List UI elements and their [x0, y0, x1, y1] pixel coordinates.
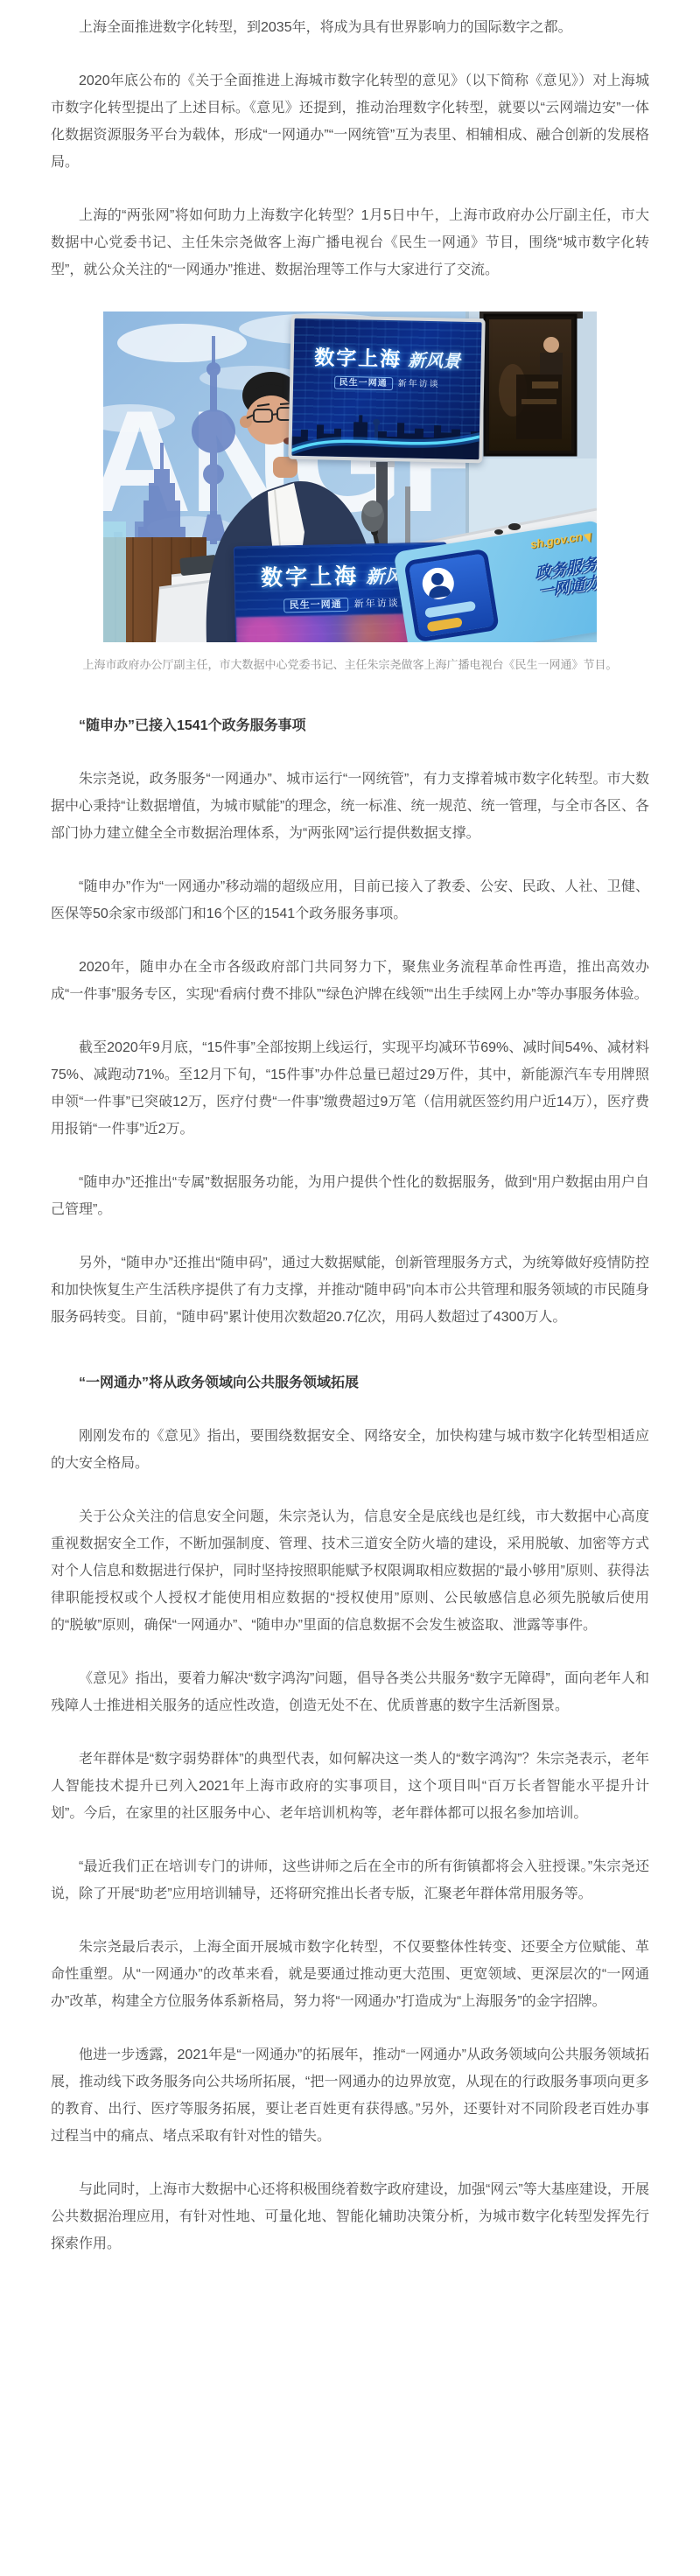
- section2-paragraph-2: 关于公众关注的信息安全问题，朱宗尧认为，信息安全是底线也是红线，市大数据中心高度…: [51, 1503, 649, 1639]
- section2-paragraph-8: 与此同时，上海市大数据中心还将积极围绕着数字政府建设，加强“网云”等大基座建设，…: [51, 2176, 649, 2257]
- interview-photo: ANGH: [103, 311, 597, 642]
- tablet-illustration: [403, 549, 500, 642]
- section-heading-2: “一网通办”将从政务领域向公共服务领域拓展: [51, 1369, 649, 1396]
- desk-sign-subtitle-show: 民生一网通: [283, 598, 348, 613]
- mat-url-text: sh.gov.cn: [529, 530, 584, 551]
- desk-sign-title: 数字上海: [261, 564, 360, 591]
- section2-paragraph-5: “最近我们正在培训专门的讲师，这些讲师之后在全市的所有街镇都将会入驻授课。”朱宗…: [51, 1853, 649, 1907]
- section1-paragraph-5: “随申办”还推出“专属”数据服务功能，为用户提供个性化的数据服务，做到“用户数据…: [51, 1169, 649, 1223]
- interview-photo-figure: ANGH: [51, 311, 649, 674]
- section2-paragraph-3: 《意见》指出，要着力解决“数字鸿沟”问题，倡导各类公共服务“数字无障碍”，面向老…: [51, 1665, 649, 1719]
- desk-sign-subtitle-tag: 新年访谈: [354, 598, 400, 610]
- tv-subtitle-show: 民生一网通: [333, 376, 392, 390]
- tv-title-row: 数字上海新风景: [293, 341, 481, 374]
- mat-text-block: sh.gov.cn 政务服务 一网通办: [490, 528, 597, 608]
- control-room-window: [479, 311, 583, 455]
- cursor-arrow-icon: [584, 530, 596, 542]
- ui-pill-blue: [424, 601, 476, 619]
- glass-strip: [103, 521, 126, 642]
- section2-paragraph-7: 他进一步透露，2021年是“一网通办”的拓展年，推动“一网通办”从政务领域向公共…: [51, 2041, 649, 2150]
- studio-tv: 数字上海新风景 民生一网通新年访谈: [288, 315, 485, 464]
- neck: [273, 457, 297, 478]
- tv-title-accent: 新风景: [408, 352, 460, 372]
- person-icon: [420, 565, 456, 601]
- section2-paragraph-1: 刚刚发布的《意见》指出，要围绕数据安全、网络安全，加快构建与城市数字化转型相适应…: [51, 1423, 649, 1477]
- intro-paragraph-3: 上海的“两张网”将如何助力上海数字化转型？1月5日中午，上海市政府办公厅副主任，…: [51, 202, 649, 283]
- tv-cityscape-graphic: [291, 402, 479, 459]
- intro-paragraph-2: 2020年底公布的《关于全面推进上海城市数字化转型的意见》（以下简称《意见》）对…: [51, 67, 649, 176]
- section-heading-1: “随申办”已接入1541个政务服务事项: [51, 712, 649, 739]
- section1-paragraph-1: 朱宗尧说，政务服务“一网通办”、城市运行“一网统管”，有力支撑着城市数字化转型。…: [51, 766, 649, 847]
- tv-screen: 数字上海新风景 民生一网通新年访谈: [291, 318, 481, 459]
- section1-paragraph-2: “随申办”作为“一网通办”移动端的超级应用，目前已接入了教委、公安、民政、人社、…: [51, 873, 649, 927]
- section1-paragraph-3: 2020年，随申办在全市各级政府部门共同努力下，聚焦业务流程革命性再造，推出高效…: [51, 954, 649, 1008]
- ui-pill-yellow: [427, 617, 463, 632]
- article: 上海全面推进数字化转型，到2035年，将成为具有世界影响力的国际数字之都。 20…: [0, 0, 700, 2324]
- photo-caption: 上海市政府办公厅副主任，市大数据中心党委书记、主任朱宗尧做客上海广播电视台《民生…: [51, 656, 649, 674]
- tv-subtitle-tag: 新年访谈: [398, 379, 440, 389]
- section2-paragraph-4: 老年群体是“数字弱势群体”的典型代表，如何解决这一类人的“数字鸿沟”？朱宗尧表示…: [51, 1746, 649, 1827]
- section1-paragraph-4: 截至2020年9月底，“15件事”全部按期上线运行，实现平均减环节69%、减时间…: [51, 1034, 649, 1143]
- section2-paragraph-6: 朱宗尧最后表示，上海全面开展城市数字化转型，不仅要整体性转变、还要全方位赋能、革…: [51, 1934, 649, 2015]
- intro-paragraph-1: 上海全面推进数字化转型，到2035年，将成为具有世界影响力的国际数字之都。: [51, 14, 649, 41]
- tv-title: 数字上海: [314, 346, 402, 370]
- section1-paragraph-6: 另外，“随申办”还推出“随申码”，通过大数据赋能，创新管理服务方式，为统筹做好疫…: [51, 1249, 649, 1331]
